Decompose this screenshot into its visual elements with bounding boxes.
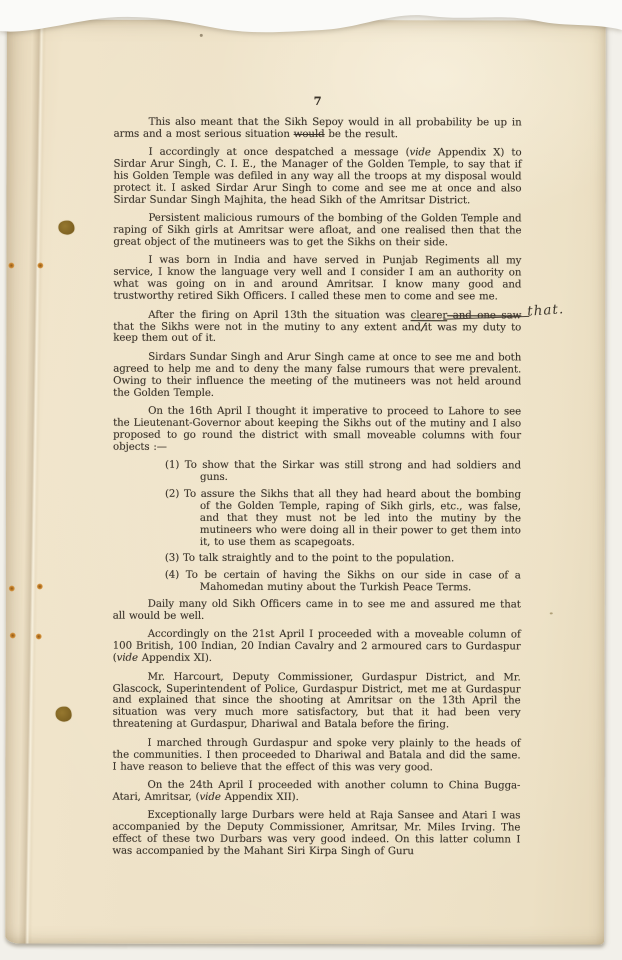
top-page-edge bbox=[0, 0, 622, 44]
list-item: (4) To be certain of having the Sikhs on… bbox=[200, 570, 521, 594]
page-7-paper: 7 This also meant that the Sikh Sepoy wo… bbox=[5, 19, 606, 944]
paragraph: Accordingly on the 21st April I proceede… bbox=[113, 629, 521, 665]
list-marker: (2) bbox=[165, 489, 184, 500]
paragraph: I marched through Gurdaspur and spoke ve… bbox=[112, 737, 520, 773]
worm-hole-dot bbox=[10, 632, 16, 638]
worm-hole-dot bbox=[8, 262, 14, 268]
paragraph: On the 16th April I thought it imperativ… bbox=[113, 406, 521, 454]
paper-speck bbox=[550, 612, 553, 614]
paragraph: I was born in India and have served in P… bbox=[113, 255, 521, 303]
paragraph: On the 24th April I proceeded with anoth… bbox=[112, 780, 520, 805]
paragraph: After the firing on April 13th the situa… bbox=[113, 309, 521, 345]
list-item: (3) To talk straightly and to the point … bbox=[200, 553, 521, 565]
paragraph: Daily many old Sikh Officers came in to … bbox=[113, 599, 521, 624]
paragraph: I accordingly at once despatched a messa… bbox=[113, 147, 521, 207]
paragraph: This also meant that the Sikh Sepoy woul… bbox=[114, 117, 522, 142]
scanned-document-photo: { "page": { "number": "7", "annotation":… bbox=[0, 0, 622, 960]
worm-hole-dot bbox=[37, 263, 43, 269]
worm-hole-dot bbox=[36, 634, 42, 640]
worm-hole-dot bbox=[9, 585, 15, 591]
stain-blob-top bbox=[58, 221, 74, 235]
list-marker: (4) bbox=[165, 570, 186, 581]
list-marker: (3) bbox=[165, 553, 183, 564]
paragraph: Sirdars Sundar Singh and Arur Singh came… bbox=[113, 351, 521, 399]
handwritten-annotation: that. bbox=[527, 304, 565, 318]
document-text: 7 This also meant that the Sikh Sepoy wo… bbox=[112, 96, 521, 865]
list-item: (1) To show that the Sirkar was still st… bbox=[200, 460, 521, 484]
paragraph: Mr. Harcourt, Deputy Commissioner, Gurda… bbox=[113, 671, 521, 731]
list-item: (2) To assure the Sikhs that all they ha… bbox=[200, 489, 521, 549]
page-number: 7 bbox=[114, 96, 522, 109]
paper-fold-crease bbox=[18, 20, 47, 944]
paragraph: Persistent malicious rumours of the bomb… bbox=[113, 213, 521, 249]
list-marker: (1) bbox=[165, 460, 185, 471]
stain-blob-bottom bbox=[56, 707, 72, 722]
worm-hole-dot bbox=[37, 584, 43, 590]
paragraph: Exceptionally large Durbars were held at… bbox=[112, 810, 520, 858]
